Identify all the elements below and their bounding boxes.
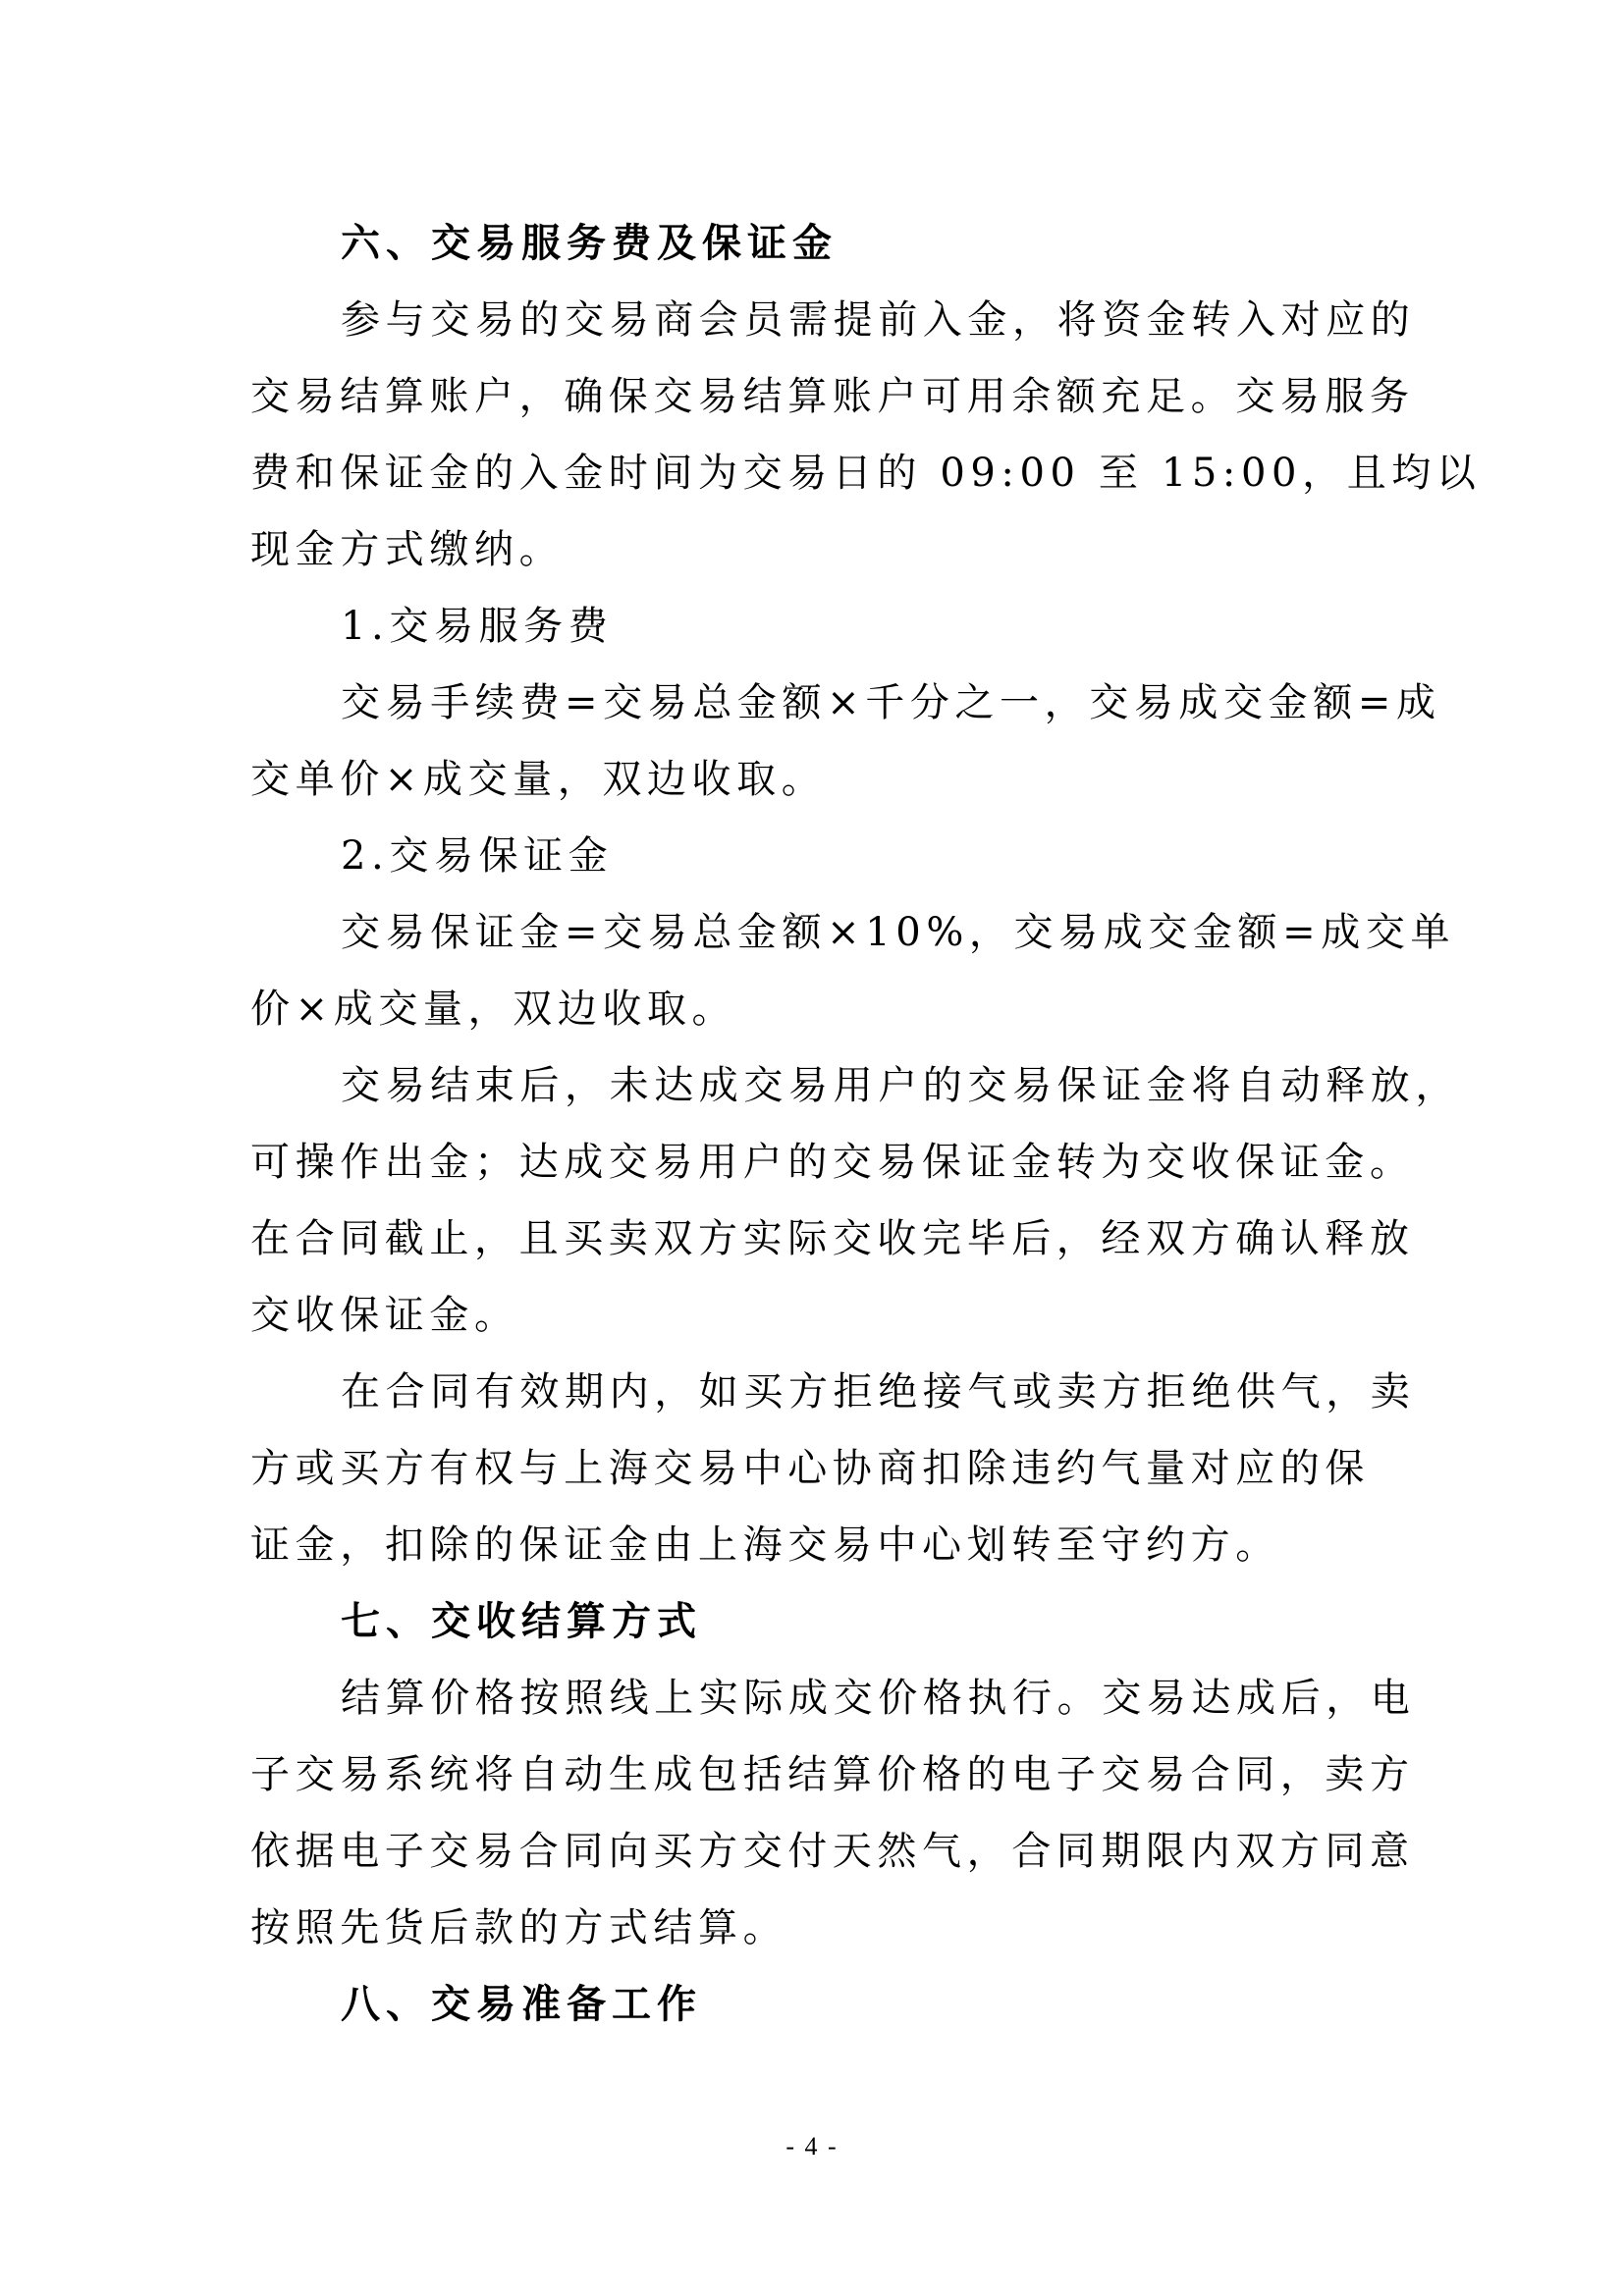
text-line: 在合同有效期内，如买方拒绝接气或卖方拒绝供气，卖	[250, 1354, 1375, 1430]
subsection-title-margin: 2.交易保证金	[250, 818, 1375, 894]
text-line: 交易结算账户，确保交易结算账户可用余额充足。交易服务	[250, 358, 1375, 435]
paragraph-service-fee: 交易手续费=交易总金额×千分之一，交易成交金额=成 交单价×成交量，双边收取。	[250, 665, 1375, 818]
text-line: 在合同截止，且买卖双方实际交收完毕后，经双方确认释放	[250, 1201, 1375, 1277]
text-line: 子交易系统将自动生成包括结算价格的电子交易合同，卖方	[250, 1736, 1375, 1813]
text-line: 证金，扣除的保证金由上海交易中心划转至守约方。	[250, 1507, 1375, 1583]
section-heading-7: 七、交收结算方式	[250, 1583, 1375, 1660]
text-line: 交易保证金=交易总金额×10%，交易成交金额=成交单	[250, 894, 1375, 971]
section-heading-6: 六、交易服务费及保证金	[250, 205, 1375, 282]
paragraph-deposit-intro: 参与交易的交易商会员需提前入金，将资金转入对应的 交易结算账户，确保交易结算账户…	[250, 282, 1375, 588]
text-line: 费和保证金的入金时间为交易日的 09:00 至 15:00，且均以	[250, 435, 1375, 511]
text-line: 现金方式缴纳。	[250, 511, 1375, 588]
text-line: 方或买方有权与上海交易中心协商扣除违约气量对应的保	[250, 1430, 1375, 1507]
paragraph-margin-release: 交易结束后，未达成交易用户的交易保证金将自动释放， 可操作出金；达成交易用户的交…	[250, 1047, 1375, 1354]
section-heading-8: 八、交易准备工作	[250, 1966, 1375, 2043]
text-line: 交单价×成交量，双边收取。	[250, 741, 1375, 818]
document-page: 六、交易服务费及保证金 参与交易的交易商会员需提前入金，将资金转入对应的 交易结…	[0, 0, 1624, 2296]
text-line: 可操作出金；达成交易用户的交易保证金转为交收保证金。	[250, 1124, 1375, 1201]
paragraph-default-penalty: 在合同有效期内，如买方拒绝接气或卖方拒绝供气，卖 方或买方有权与上海交易中心协商…	[250, 1354, 1375, 1583]
text-line: 依据电子交易合同向买方交付天然气，合同期限内双方同意	[250, 1813, 1375, 1890]
text-line: 结算价格按照线上实际成交价格执行。交易达成后，电	[250, 1660, 1375, 1736]
text-line: 交易手续费=交易总金额×千分之一，交易成交金额=成	[250, 665, 1375, 741]
page-number: - 4 -	[0, 2132, 1624, 2162]
page-content: 六、交易服务费及保证金 参与交易的交易商会员需提前入金，将资金转入对应的 交易结…	[250, 205, 1375, 2043]
paragraph-margin: 交易保证金=交易总金额×10%，交易成交金额=成交单 价×成交量，双边收取。	[250, 894, 1375, 1047]
paragraph-settlement: 结算价格按照线上实际成交价格执行。交易达成后，电 子交易系统将自动生成包括结算价…	[250, 1660, 1375, 1966]
text-line: 按照先货后款的方式结算。	[250, 1890, 1375, 1966]
text-line: 交易结束后，未达成交易用户的交易保证金将自动释放，	[250, 1047, 1375, 1124]
subsection-title-service-fee: 1.交易服务费	[250, 588, 1375, 665]
text-line: 参与交易的交易商会员需提前入金，将资金转入对应的	[250, 282, 1375, 358]
text-line: 价×成交量，双边收取。	[250, 971, 1375, 1047]
text-line: 交收保证金。	[250, 1277, 1375, 1354]
